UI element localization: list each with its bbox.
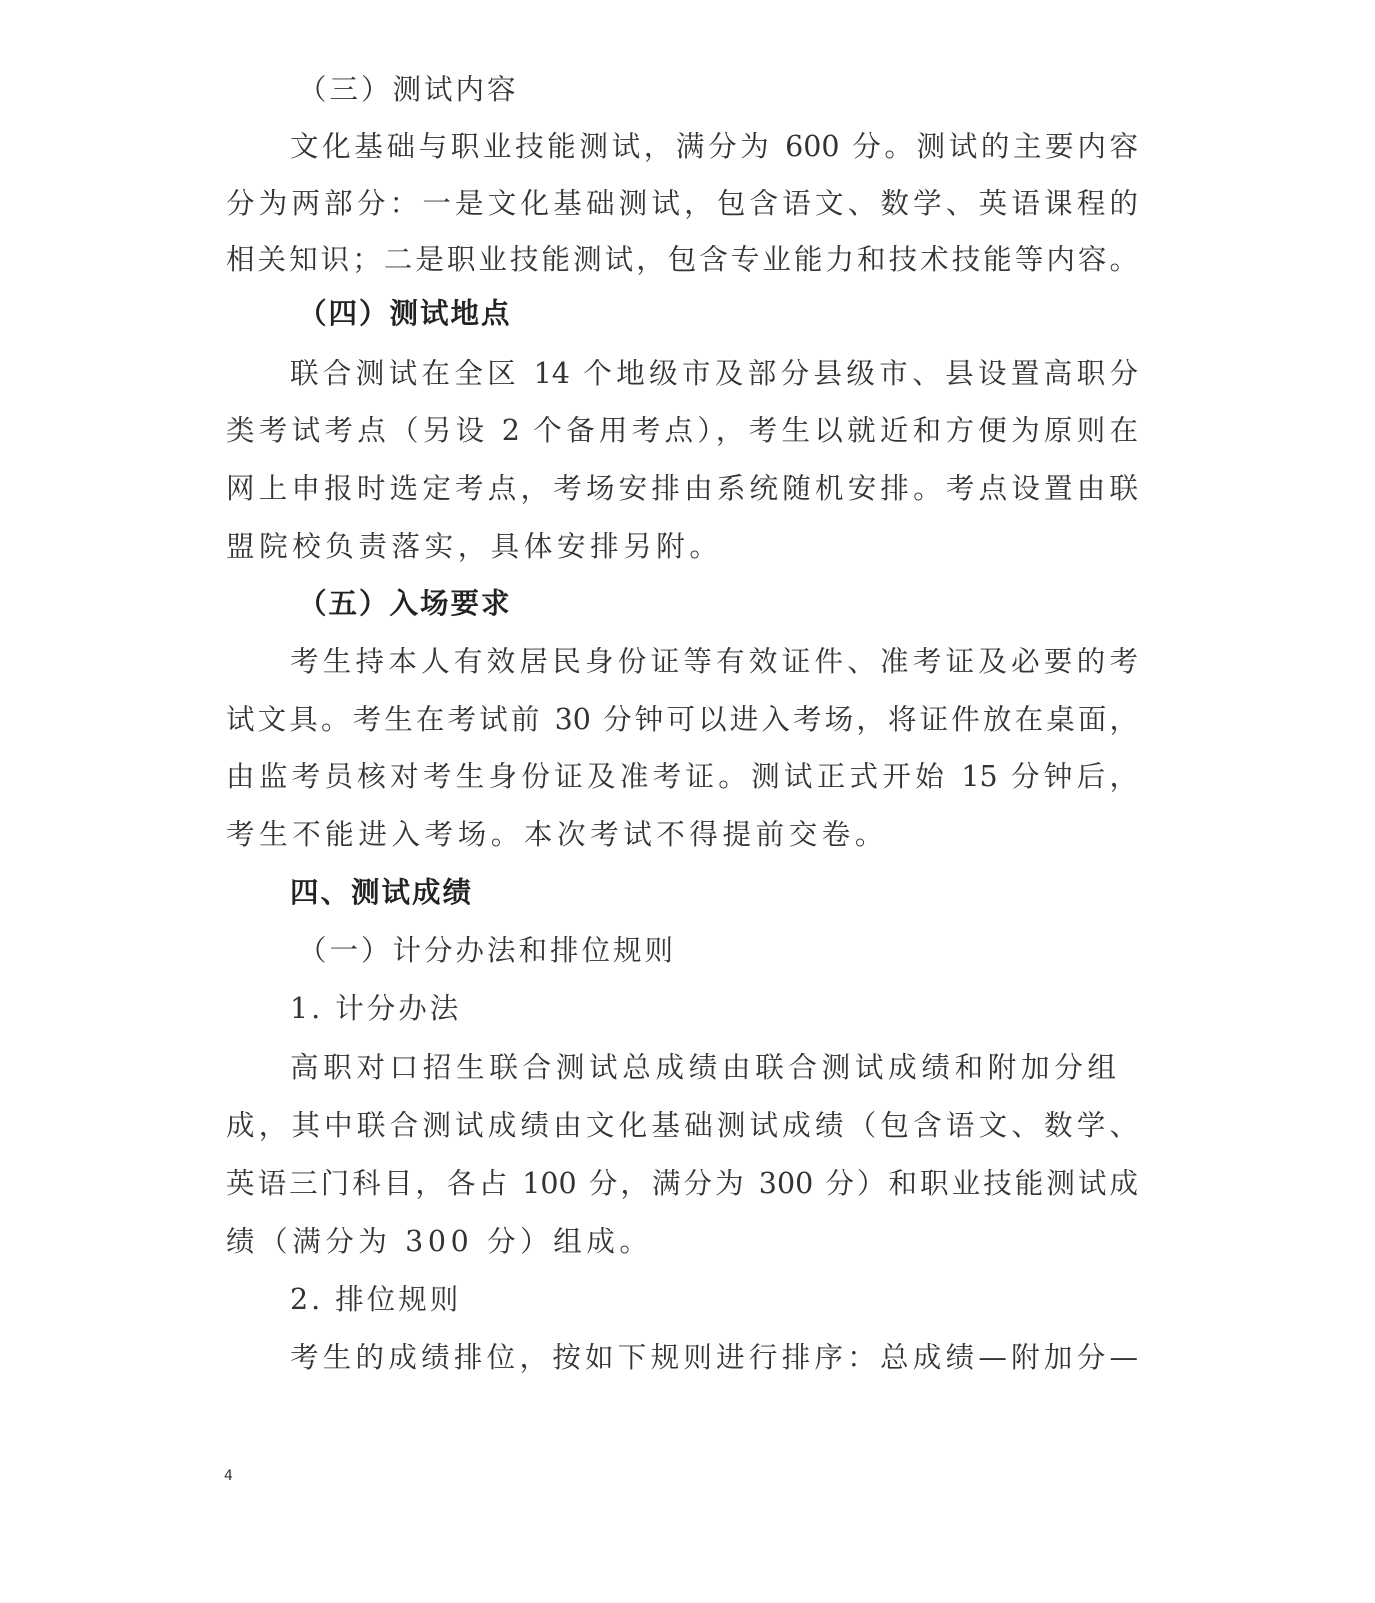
paragraph-line: 英语三门科目，各占 100 分，满分为 300 分）和职业技能测试成 <box>226 1164 1138 1204</box>
paragraph-line: 试文具。考生在考试前 30 分钟可以进入考场，将证件放在桌面， <box>226 700 1138 740</box>
section-heading-test-scores: 四、测试成绩 <box>290 873 1138 913</box>
paragraph-line: 相关知识；二是职业技能测试，包含专业能力和技术技能等内容。 <box>226 240 1138 280</box>
subsection-heading-scoring-and-ranking: （一）计分办法和排位规则 <box>298 931 1210 971</box>
document-page: （三）测试内容 文化基础与职业技能测试，满分为 600 分。测试的主要内容 分为… <box>0 0 1375 1603</box>
item-heading-scoring-method: 1. 计分办法 <box>290 989 1138 1029</box>
paragraph-line: 由监考员核对考生身份证及准考证。测试正式开始 15 分钟后， <box>226 757 1138 797</box>
paragraph-line: 联合测试在全区 14 个地级市及部分县级市、县设置高职分 <box>290 354 1138 394</box>
paragraph-line: 类考试考点（另设 2 个备用考点），考生以就近和方便为原则在 <box>226 411 1138 451</box>
paragraph-line: 考生的成绩排位，按如下规则进行排序：总成绩—附加分— <box>290 1338 1138 1378</box>
page-number: 4 <box>224 1468 233 1484</box>
paragraph-line: 考生持本人有效居民身份证等有效证件、准考证及必要的考 <box>290 642 1138 682</box>
paragraph-line: 分为两部分：一是文化基础测试，包含语文、数学、英语课程的 <box>226 184 1138 224</box>
paragraph-line: 高职对口招生联合测试总成绩由联合测试成绩和附加分组 <box>290 1048 1116 1088</box>
paragraph-line: 文化基础与职业技能测试，满分为 600 分。测试的主要内容 <box>290 127 1138 167</box>
subsection-heading-test-content: （三）测试内容 <box>298 70 1210 110</box>
paragraph-line: 考生不能进入考场。本次考试不得提前交卷。 <box>226 815 1138 855</box>
paragraph-line: 绩（满分为 300 分）组成。 <box>226 1222 1138 1262</box>
paragraph-line: 成，其中联合测试成绩由文化基础测试成绩（包含语文、数学、 <box>226 1106 1138 1146</box>
paragraph-line: 盟院校负责落实，具体安排另附。 <box>226 527 1138 567</box>
item-heading-ranking-rules: 2. 排位规则 <box>290 1280 1138 1320</box>
paragraph-line: 网上申报时选定考点，考场安排由系统随机安排。考点设置由联 <box>226 469 1138 509</box>
subsection-heading-test-location: （四）测试地点 <box>298 294 1210 334</box>
subsection-heading-entry-requirements: （五）入场要求 <box>298 584 1210 624</box>
